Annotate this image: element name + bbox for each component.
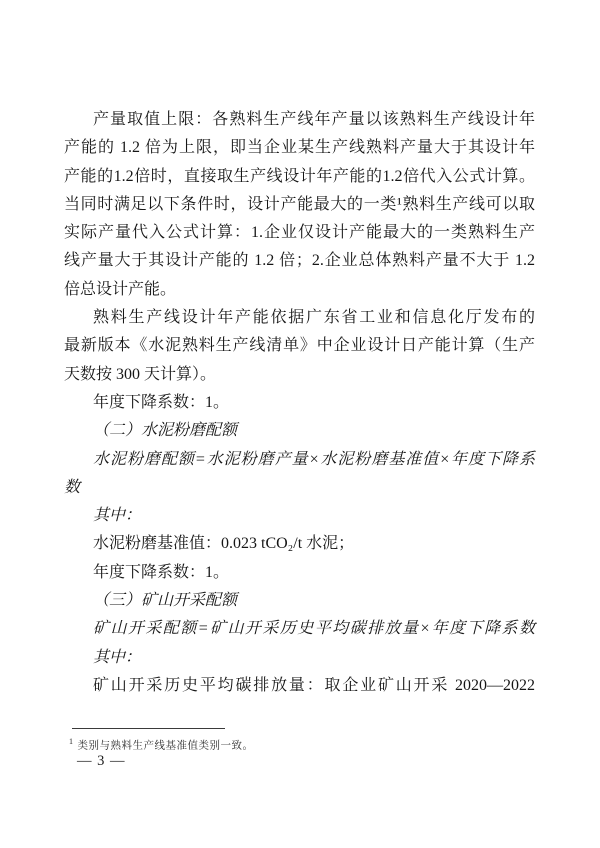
- text-line: 产量取值上限：各熟料生产线年产量以该熟料生产线设计年: [64, 106, 535, 134]
- text-line: 矿山开采配额=矿山开采历史平均碳排放量×年度下降系数: [64, 615, 535, 643]
- text-line: 熟料生产线设计年产能依据广东省工业和信息化厅发布的: [64, 304, 535, 332]
- text-line: 其中：: [64, 644, 535, 672]
- text-line: （二）水泥粉磨配额: [64, 417, 535, 445]
- text-line: 产能的1.2倍时，直接取生产线设计年产能的1.2倍代入公式计算。: [64, 163, 535, 191]
- text-line: 年度下降系数：1。: [64, 389, 535, 417]
- text-line: 数: [64, 474, 535, 502]
- footnote-text: 类别与熟料生产线基准值类别一致。: [78, 741, 254, 752]
- document-body: 产量取值上限：各熟料生产线年产量以该熟料生产线设计年产能的 1.2 倍为上限，即…: [64, 106, 535, 700]
- text-line: 倍总设计产能。: [64, 276, 535, 304]
- text-line: 最新版本《水泥熟料生产线清单》中企业设计日产能计算（生产: [64, 332, 535, 360]
- text-line: 实际产量代入公式计算：1.企业仅设计产能最大的一类熟料生产: [64, 219, 535, 247]
- page-number: — 3 —: [77, 753, 126, 770]
- footnote-divider: [72, 728, 225, 729]
- text-line: 其中：: [64, 502, 535, 530]
- text-line: 当同时满足以下条件时，设计产能最大的一类¹熟料生产线可以取: [64, 191, 535, 219]
- text-line: 水泥粉磨配额=水泥粉磨产量×水泥粉磨基准值×年度下降系: [64, 446, 535, 474]
- text-line: 水泥粉磨基准值：0.023 tCO₂/t 水泥；: [64, 530, 535, 558]
- text-line: 天数按 300 天计算）。: [64, 361, 535, 389]
- document-page: 产量取值上限：各熟料生产线年产量以该熟料生产线设计年产能的 1.2 倍为上限，即…: [0, 0, 600, 848]
- text-line: 矿山开采历史平均碳排放量：取企业矿山开采 2020—2022: [64, 672, 535, 700]
- footnote: 1类别与熟料生产线基准值类别一致。: [69, 735, 369, 754]
- text-line: 年度下降系数：1。: [64, 559, 535, 587]
- footnote-marker: 1: [69, 737, 74, 746]
- text-line: 线产量大于其设计产能的 1.2 倍；2.企业总体熟料产量不大于 1.2: [64, 247, 535, 275]
- text-line: 产能的 1.2 倍为上限，即当企业某生产线熟料产量大于其设计年: [64, 134, 535, 162]
- text-line: （三）矿山开采配额: [64, 587, 535, 615]
